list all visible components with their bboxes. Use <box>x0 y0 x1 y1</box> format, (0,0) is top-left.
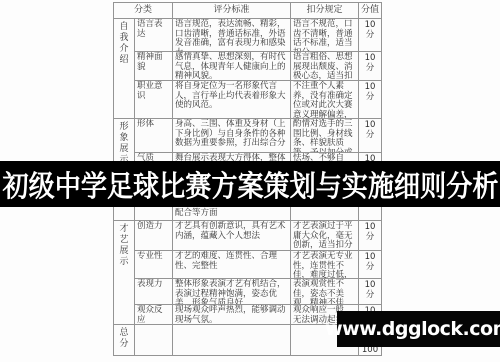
subcategory-cell: 语言表达 <box>135 19 172 51</box>
subcategory-cell: 创造力 <box>135 221 172 250</box>
watermark-text: www.dgglock.com <box>325 318 500 340</box>
headline-banner: 初级中学足球比赛方案策划与实施细则分析 <box>0 161 500 207</box>
subcategory-cell: 专业性 <box>135 251 172 278</box>
subcategory-cell: 职业意识 <box>135 81 172 118</box>
group-label-total: 总分 <box>114 325 135 355</box>
score-cell: 10 分 <box>358 52 381 80</box>
criteria-cell: 语言规范，表达流畅、精彩，口齿清晰，普通话标准，外语发音准确，富有表现力和感染力… <box>172 19 290 51</box>
table-row: 精神面貌 感情真挚、思想深刻，有时代气息，体现青年人健康向上的精神风貌。 语言粗… <box>135 52 381 81</box>
col-header-score: 分值 <box>358 3 381 18</box>
score-cell: 10 分 <box>358 251 381 278</box>
deduction-cell: 语言不规范，口齿不清晰，普通话不标准，适当扣分 <box>290 19 358 51</box>
col-header-category: 分类 <box>114 3 172 18</box>
criteria-cell: 才艺的难度、连贯性、合理性、完整性 <box>172 251 290 278</box>
deduction-cell: 才艺表演无专业性，连贯性不佳，难度过低，适当扣分 <box>290 251 358 278</box>
deduction-cell: 不注重个人素养，没有准确定位或对此次大赛意义理解偏差，适当扣分 <box>290 81 358 118</box>
watermark-box: www.dgglock.com <box>337 311 500 347</box>
subcategory-cell: 观众反应 <box>135 305 172 324</box>
col-header-deduction: 扣分规定 <box>290 3 358 18</box>
table-header-row: 分类 评分标准 扣分规定 分值 <box>114 3 381 19</box>
deduction-cell: 表演观赏性不佳，姿态不美观，精神不佳，适当扣分 <box>290 279 358 304</box>
deduction-cell: 酌情对选手的三围比例、身材线条、样貌肤质等，予以加分或减分 <box>290 119 358 152</box>
table-row: 创造力 才艺具有创新意识，具有艺术内涵，蕴藏入个人想法 才艺表演过于平庸大众化，… <box>135 221 381 251</box>
table-row: 专业性 才艺的难度、连贯性、合理性、完整性 才艺表演无专业性，连贯性不佳，难度过… <box>135 251 381 279</box>
group-label-self-intro: 自我介绍 <box>114 19 135 119</box>
deduction-cell: 语言粗俗、思想展现出颓废、消极心态，适当扣分 <box>290 52 358 80</box>
headline-text: 初级中学足球比赛方案策划与实施细则分析 <box>2 164 498 205</box>
criteria-cell: 将自身定位为一名形象代言人，言行举止均代表着形象大使的风范。 <box>172 81 290 118</box>
scanned-document-page: 分类 评分标准 扣分规定 分值 自我介绍 形象展示 才艺展示 总分 语言表达 语… <box>0 0 500 362</box>
criteria-cell: 身高、三围、体重及身材（上下身比例）与自身条件的各种数据为重要参照，打出综合分 <box>172 119 290 152</box>
col-header-criteria: 评分标准 <box>172 3 290 18</box>
subcategory-cell: 表现力 <box>135 279 172 304</box>
score-cell: 10 分 <box>358 221 381 250</box>
score-cell: 10 分 <box>358 279 381 304</box>
table-row: 职业意识 将自身定位为一名形象代言人，言行举止均代表着形象大使的风范。 不注重个… <box>135 81 381 119</box>
criteria-cell: 整体形象表演才艺有机结合，表演过程精神饱满，姿态优美，形象气质良好 <box>172 279 290 304</box>
group-label-talent-show: 才艺展示 <box>114 221 135 325</box>
table-row: 形体 身高、三围、体重及身材（上下身比例）与自身条件的各种数据为重要参照，打出综… <box>135 119 381 153</box>
criteria-cell: 现场观众呼声热烈，能够调动现场气氛。 <box>172 305 290 324</box>
criteria-cell: 感情真挚、思想深刻，有时代气息，体现青年人健康向上的精神风貌。 <box>172 52 290 80</box>
score-cell: 10 分 <box>358 19 381 51</box>
subcategory-cell: 精神面貌 <box>135 52 172 80</box>
deduction-cell: 才艺表演过于平庸大众化，毫无创新，适当扣分 <box>290 221 358 250</box>
table-row: 语言表达 语言规范，表达流畅、精彩，口齿清晰，普通话标准，外语发音准确，富有表现… <box>135 19 381 52</box>
score-cell: 10 分 <box>358 119 381 152</box>
score-cell: 10 分 <box>358 81 381 118</box>
criteria-cell <box>172 325 290 355</box>
criteria-cell: 才艺具有创新意识，具有艺术内涵，蕴藏入个人想法 <box>172 221 290 250</box>
table-row: 表现力 整体形象表演才艺有机结合，表演过程精神饱满，姿态优美，形象气质良好 表演… <box>135 279 381 305</box>
subcategory-cell: 形体 <box>135 119 172 152</box>
subcategory-cell <box>135 325 172 355</box>
